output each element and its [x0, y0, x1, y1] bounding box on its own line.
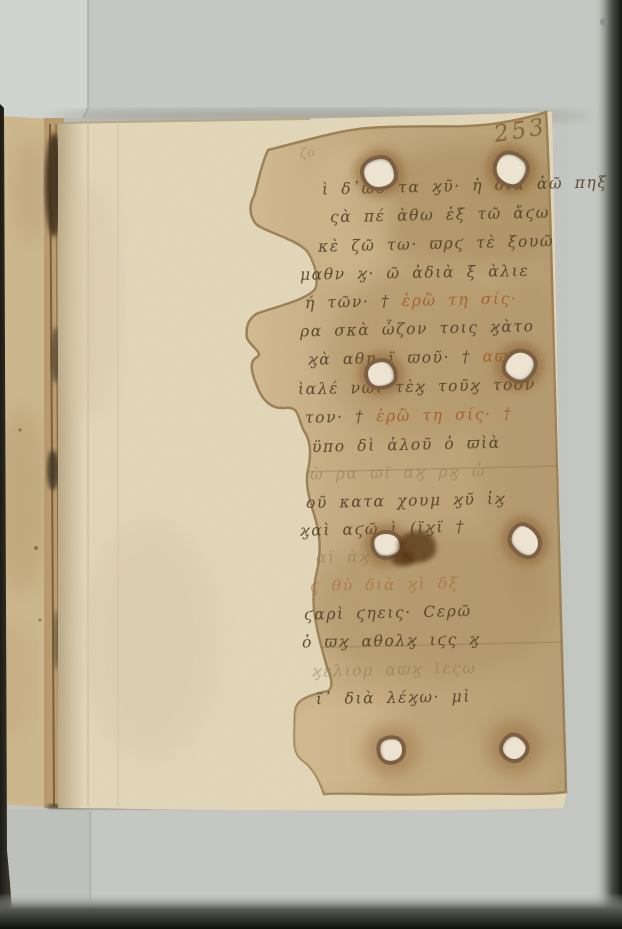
ink-text: ρα σκὰ ὦζον τοις ϗὰτο [300, 317, 535, 340]
rubric-text: ἑρὢ τη σίς· [402, 290, 518, 310]
text-line: ὶαλέ νωϊ τὲϗ τοῦϗ τοδν [298, 377, 536, 399]
text-line: τον· † ἑρὢ τη σίς· † [305, 406, 513, 427]
ink-text: ὼ ρα ϖϊ αϗ ρϗ ὦ [310, 462, 486, 483]
text-line: ὼ ρα ϖϊ αϗ ρϗ ὦ [310, 463, 486, 483]
ink-text: οῦ κατα χουμ ϗῦ ἰϗ [306, 490, 506, 512]
ink-text: ὶαλέ νωϊ τὲϗ τοῦϗ τοδν [298, 376, 536, 399]
ink-text: ςὰ πέ ὰθω ἐξ τῶ ἄϛω [330, 204, 550, 227]
ink-text: ϛαρὶ ϛηεις· Ϲερῶ [304, 602, 472, 624]
rubric-text: ἑρὢ τη σίς· † [376, 405, 513, 426]
ink-text: ϊ᾽ διὰ λέϗω· μὶ [316, 688, 471, 709]
text-line: ςὰ πέ ὰθω ἐξ τῶ ἄϛω [330, 205, 550, 227]
text-line: ϛ θὺ διὰ ϗὶ δξ [310, 575, 459, 595]
worm-hole [501, 516, 549, 565]
ink-text: ϗελιορ αϖϗ ὶεςω [312, 659, 477, 680]
text-line: ϛαρὶ ϛηεις· Ϲερῶ [304, 603, 472, 624]
ink-text: κὲ ζῶ τω· ϖρϛ τὲ ξουῶ [318, 232, 555, 256]
fragment-overlay: 253 ζο ὶ δ᾽ϖο τα ϗῦ· ἡ διὰ ἀῶ πηξςὰ πέ ὰ… [0, 0, 622, 929]
ink-text: μαθν ϗ· ῶ ἀδιὰ ξ ὰλιε [300, 262, 530, 284]
ink-text: ὁ ϖϗ αθολϗ ιϛς ϗ [302, 630, 481, 651]
text-line: κὲ ζῶ τω· ϖρϛ τὲ ξουῶ [318, 233, 555, 256]
text-line: μαθν ϗ· ῶ ἀδιὰ ξ ὰλιε [300, 263, 530, 284]
rubric-text: ϛ θὺ διὰ ϗὶ δξ [310, 574, 459, 595]
ink-text: τον· † [305, 408, 376, 427]
text-line: ή τῶν· † ἑρὢ τη σίς· [305, 291, 518, 312]
ink-stain [392, 552, 414, 566]
text-line: ϗελιορ αϖϗ ὶεςω [312, 660, 477, 680]
worm-hole [360, 155, 398, 191]
text-line: ϋπο δὶ ἀλοῦ ὁ ϖὶὰ [312, 435, 501, 456]
text-line: ϊ᾽ διὰ λέϗω· μὶ [316, 689, 471, 709]
text-line: ὁ ϖϗ αθολϗ ιϛς ϗ [302, 631, 481, 651]
manuscript-photo: 253 ζο ὶ δ᾽ϖο τα ϗῦ· ἡ διὰ ἀῶ πηξςὰ πέ ὰ… [0, 0, 622, 929]
manuscript-text: ὶ δ᾽ϖο τα ϗῦ· ἡ διὰ ἀῶ πηξςὰ πέ ὰθω ἐξ τ… [0, 0, 622, 929]
ink-text: ή τῶν· † [305, 292, 402, 312]
worm-hole [493, 727, 534, 768]
worm-hole [373, 732, 409, 768]
text-line: ϗὰ αθη ϊ ϖοῦ· † αϖῶ [308, 348, 523, 369]
text-line: οῦ κατα χουμ ϗῦ ἰϗ [306, 491, 506, 512]
text-line: ρα σκὰ ὦζον τοις ϗὰτο [300, 318, 535, 340]
ink-text: ϋπο δὶ ἀλοῦ ὁ ϖὶὰ [312, 434, 501, 456]
